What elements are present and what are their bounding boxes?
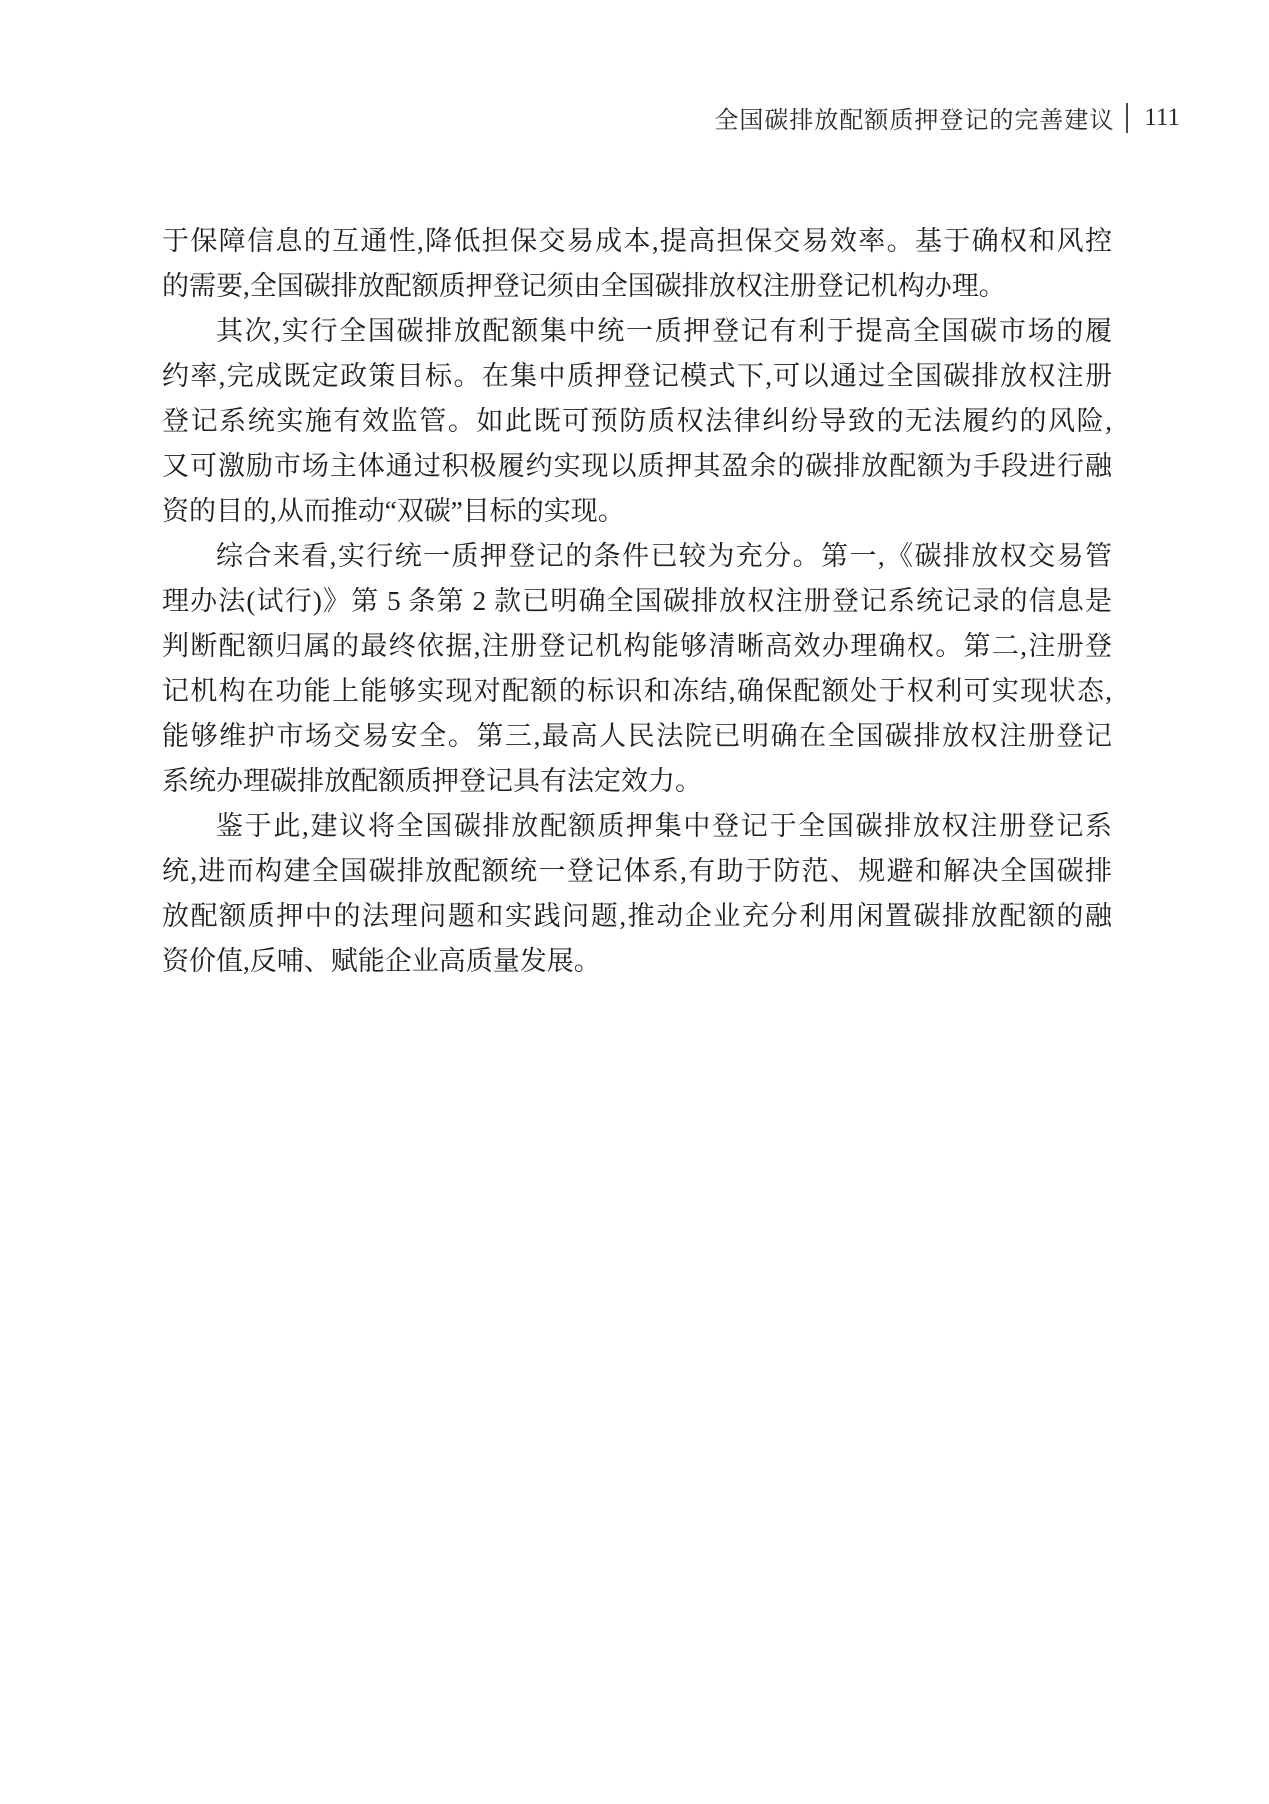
text-line: 统,进而构建全国碳排放配额统一登记体系,有助于防范、规避和解决全国碳排 [162,849,1112,894]
running-title: 全国碳排放配额质押登记的完善建议 [714,100,1114,135]
header-divider-rule [1126,103,1128,133]
paragraph-4: 鉴于此,建议将全国碳排放配额质押集中登记于全国碳排放权注册登记系 统,进而构建全… [162,804,1112,984]
text-line: 理办法(试行)》第 5 条第 2 款已明确全国碳排放权注册登记系统记录的信息是 [162,579,1112,624]
text-line: 鉴于此,建议将全国碳排放配额质押集中登记于全国碳排放权注册登记系 [162,804,1112,849]
paragraph-2: 其次,实行全国碳排放配额集中统一质押登记有利于提高全国碳市场的履 约率,完成既定… [162,309,1112,534]
article-body: 于保障信息的互通性,降低担保交易成本,提高担保交易效率。基于确权和风控 的需要,… [162,219,1112,984]
text-line: 能够维护市场交易安全。第三,最高人民法院已明确在全国碳排放权注册登记 [162,714,1112,759]
text-line: 资价值,反哺、赋能企业高质量发展。 [162,939,1112,984]
text-line: 判断配额归属的最终依据,注册登记机构能够清晰高效办理确权。第二,注册登 [162,624,1112,669]
text-line: 约率,完成既定政策目标。在集中质押登记模式下,可以通过全国碳排放权注册 [162,354,1112,399]
paragraph-1: 于保障信息的互通性,降低担保交易成本,提高担保交易效率。基于确权和风控 的需要,… [162,219,1112,309]
text-line: 综合来看,实行统一质押登记的条件已较为充分。第一,《碳排放权交易管 [162,534,1112,579]
text-line: 系统办理碳排放配额质押登记具有法定效力。 [162,759,1112,804]
text-line: 记机构在功能上能够实现对配额的标识和冻结,确保配额处于权利可实现状态, [162,669,1112,714]
paragraph-3: 综合来看,实行统一质押登记的条件已较为充分。第一,《碳排放权交易管 理办法(试行… [162,534,1112,804]
page-number: 111 [1144,104,1180,132]
document-page: 全国碳排放配额质押登记的完善建议 111 于保障信息的互通性,降低担保交易成本,… [0,0,1269,1804]
text-line: 登记系统实施有效监管。如此既可预防质权法律纠纷导致的无法履约的风险, [162,399,1112,444]
text-line: 其次,实行全国碳排放配额集中统一质押登记有利于提高全国碳市场的履 [162,309,1112,354]
page-header: 全国碳排放配额质押登记的完善建议 111 [714,100,1180,135]
text-line: 于保障信息的互通性,降低担保交易成本,提高担保交易效率。基于确权和风控 [162,219,1112,264]
text-line: 的需要,全国碳排放配额质押登记须由全国碳排放权注册登记机构办理。 [162,264,1112,309]
text-line: 资的目的,从而推动“双碳”目标的实现。 [162,489,1112,534]
text-line: 放配额质押中的法理问题和实践问题,推动企业充分利用闲置碳排放配额的融 [162,894,1112,939]
text-line: 又可激励市场主体通过积极履约实现以质押其盈余的碳排放配额为手段进行融 [162,444,1112,489]
